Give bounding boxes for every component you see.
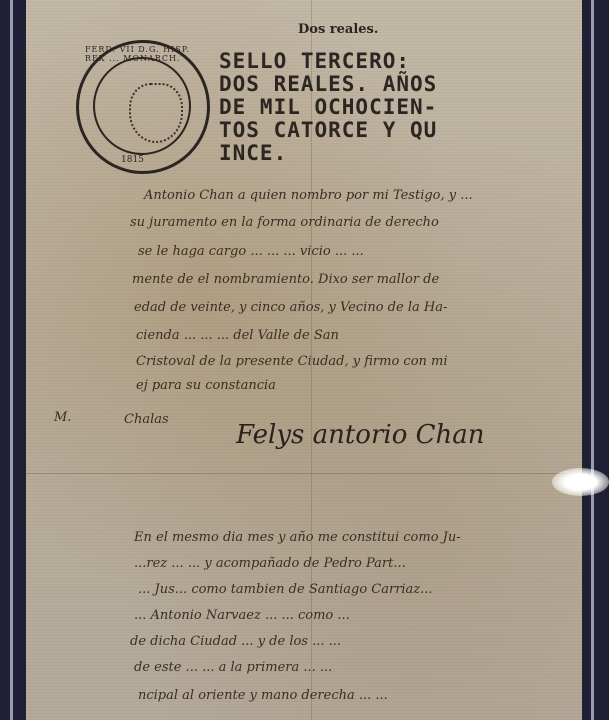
handwritten-line: En el mesmo dia mes y año me constitui c… (134, 530, 461, 545)
stamp-line: INCE. (219, 142, 437, 165)
seal-year: 1815 (121, 155, 144, 165)
handwritten-line: de dicha Ciudad ... y de los ... ... (130, 634, 341, 649)
handwritten-line: ncipal al oriente y mano derecha ... ... (138, 688, 388, 703)
document-paper: Dos reales. FERD. VII D.G. HISP. REX ...… (26, 0, 582, 720)
handwritten-line: ... Jus... como tambien de Santiago Carr… (138, 582, 433, 597)
frame-edge-right (591, 0, 594, 720)
margin-note: M. (54, 410, 71, 425)
handwritten-line: Cristoval de la presente Ciudad, y firmo… (136, 354, 448, 369)
signature: Felys antorio Chan (236, 420, 485, 450)
frame-edge-left (10, 0, 13, 720)
stamped-paper-text: SELLO TERCERO: DOS REALES. AÑOS DE MIL O… (219, 50, 437, 165)
handwritten-line: Antonio Chan a quien nombro por mi Testi… (144, 188, 473, 203)
denomination-header: Dos reales. (298, 22, 378, 37)
crown-crest-icon (129, 83, 183, 143)
stamp-line: DE MIL OCHOCIEN- (219, 96, 437, 119)
handwritten-line: se le haga cargo ... ... ... vicio ... .… (138, 244, 364, 259)
stamp-line: SELLO TERCERO: (219, 50, 437, 73)
stamp-line: DOS REALES. AÑOS (219, 73, 437, 96)
margin-name: Chalas (124, 412, 169, 427)
handwritten-line: de este ... ... a la primera ... ... (134, 660, 332, 675)
fold-line-horizontal (26, 473, 582, 474)
handwritten-line: ... Antonio Narvaez ... ... como ... (134, 608, 350, 623)
handwritten-line: ej para su constancia (136, 378, 276, 393)
royal-seal-stamp: FERD. VII D.G. HISP. REX ... MONARCH. 18… (76, 40, 210, 174)
light-glare (552, 468, 609, 496)
handwritten-line: cienda ... ... ... del Valle de San (136, 328, 339, 343)
handwritten-line: su juramento en la forma ordinaria de de… (130, 215, 439, 230)
handwritten-line: ...rez ... ... y acompañado de Pedro Par… (134, 556, 406, 571)
seal-inner-ring (93, 57, 191, 155)
handwritten-line: edad de veinte, y cinco años, y Vecino d… (134, 300, 447, 315)
stamp-line: TOS CATORCE Y QU (219, 119, 437, 142)
handwritten-line: mente de el nombramiento. Dixo ser mallo… (132, 272, 439, 287)
